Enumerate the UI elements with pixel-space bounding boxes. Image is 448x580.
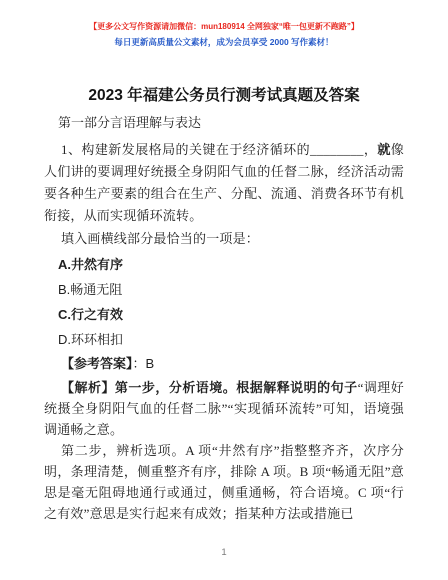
analysis-step2-paragraph: 第二步，辨析选项。A 项“井然有序”指整整齐齐，次序分明，条理清楚，侧重整齐有序… (44, 440, 404, 524)
answer-label: 【参考答案】 (61, 356, 133, 371)
option-a: A.井然有序 (58, 252, 404, 277)
option-a-label: A. (58, 257, 71, 272)
stem-emphasis: 就 (377, 142, 390, 157)
answer-line: 【参考答案】：B (44, 352, 404, 375)
option-c-text: 行之有效 (71, 307, 123, 322)
promo-header: 【更多公文写作资源请加微信：mun180914 全网独家“唯一包更新不跑路”】 … (0, 22, 448, 47)
promo-line-red: 【更多公文写作资源请加微信：mun180914 全网独家“唯一包更新不跑路”】 (0, 22, 448, 32)
answer-value: ：B (133, 356, 155, 371)
options-list: A.井然有序 B.畅通无阻 C.行之有效 D.环环相扣 (58, 252, 404, 352)
page-title: 2023 年福建公务员行测考试真题及答案 (44, 85, 404, 106)
option-b-label: B. (58, 282, 70, 297)
analysis-lead: 【解析】第一步，分析语境。根据解释说明的句子 (61, 380, 358, 395)
question-stem: 1、构建新发展格局的关键在于经济循环的________，就像人们讲的要调理好统摄… (44, 139, 404, 227)
option-c: C.行之有效 (58, 302, 404, 327)
section-heading: 第一部分言语理解与表达 (58, 114, 404, 131)
option-d-label: D. (58, 332, 71, 347)
option-d: D.环环相扣 (58, 327, 404, 352)
option-b: B.畅通无阻 (58, 277, 404, 302)
page-number: 1 (0, 547, 448, 558)
analysis-paragraph: 【解析】第一步，分析语境。根据解释说明的句子“调理好统摄全身阴阳气血的任督二脉”… (44, 377, 404, 440)
promo-line-blue: 每日更新高质量公文素材，成为会员享受 2000 写作素材！ (0, 37, 448, 47)
document-body: 2023 年福建公务员行测考试真题及答案 第一部分言语理解与表达 1、构建新发展… (44, 85, 404, 524)
option-c-label: C. (58, 307, 71, 322)
document-page: 【更多公文写作资源请加微信：mun180914 全网独家“唯一包更新不跑路”】 … (0, 0, 448, 580)
stem-lead: 1、构建新发展格局的关键在于经济循环的________， (61, 142, 377, 157)
option-d-text: 环环相扣 (71, 332, 123, 347)
option-b-text: 畅通无阻 (70, 282, 122, 297)
question-prompt: 填入画横线部分最恰当的一项是： (44, 227, 404, 250)
option-a-text: 井然有序 (71, 257, 123, 272)
